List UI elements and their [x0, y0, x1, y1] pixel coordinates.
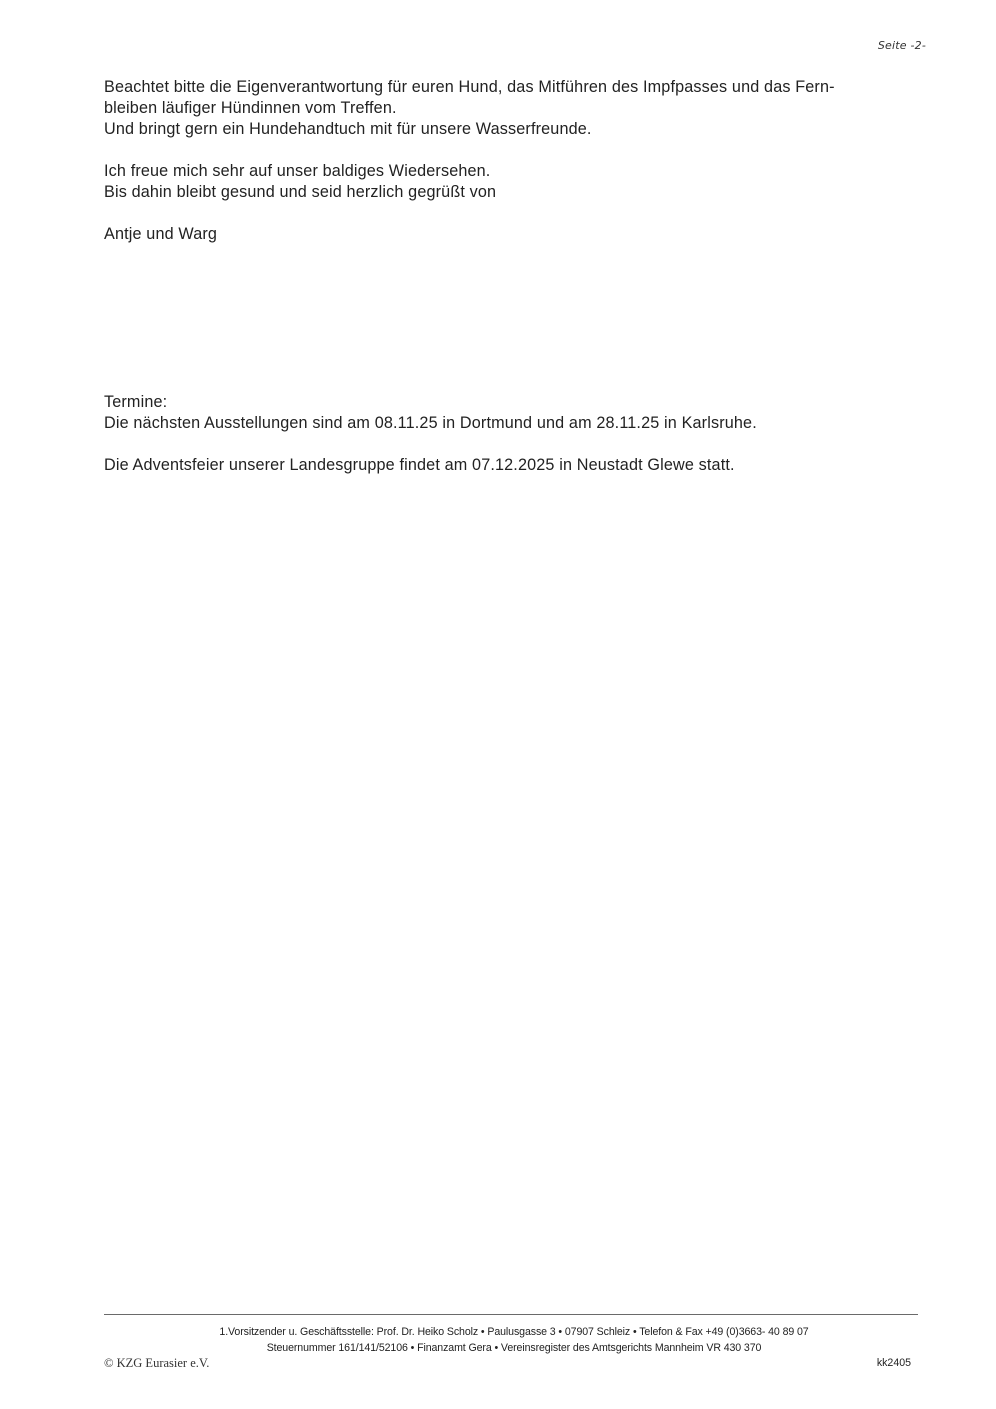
signature: Antje und Warg — [104, 224, 934, 245]
paragraph-greeting-line-1: Ich freue mich sehr auf unser baldiges W… — [104, 161, 934, 182]
section-spacer — [104, 245, 934, 392]
termine-exhibitions: Die nächsten Ausstellungen sind am 08.11… — [104, 413, 934, 434]
paragraph-spacer — [104, 203, 934, 224]
footer-document-code: kk2405 — [860, 1357, 911, 1369]
footer-divider — [104, 1314, 918, 1315]
paragraph-greeting-line-2: Bis dahin bleibt gesund und seid herzlic… — [104, 182, 934, 203]
paragraph-towel-line: Und bringt gern ein Hundehandtuch mit fü… — [104, 119, 934, 140]
termine-heading: Termine: — [104, 392, 934, 413]
paragraph-responsibility-line-2: bleiben läufiger Hündinnen vom Treffen. — [104, 98, 934, 119]
paragraph-spacer — [104, 140, 934, 161]
letter-body: Beachtet bitte die Eigenverantwortung fü… — [104, 77, 934, 476]
footer-address-line: 1.Vorsitzender u. Geschäftsstelle: Prof.… — [104, 1326, 924, 1338]
paragraph-responsibility-line-1: Beachtet bitte die Eigenverantwortung fü… — [104, 77, 934, 98]
page-number: Seite -2- — [860, 39, 926, 52]
paragraph-spacer — [104, 434, 934, 455]
footer-copyright: © KZG Eurasier e.V. — [104, 1356, 209, 1371]
footer-registry-line: Steuernummer 161/141/52106 • Finanzamt G… — [104, 1342, 924, 1354]
termine-advent-party: Die Adventsfeier unserer Landesgruppe fi… — [104, 455, 934, 476]
